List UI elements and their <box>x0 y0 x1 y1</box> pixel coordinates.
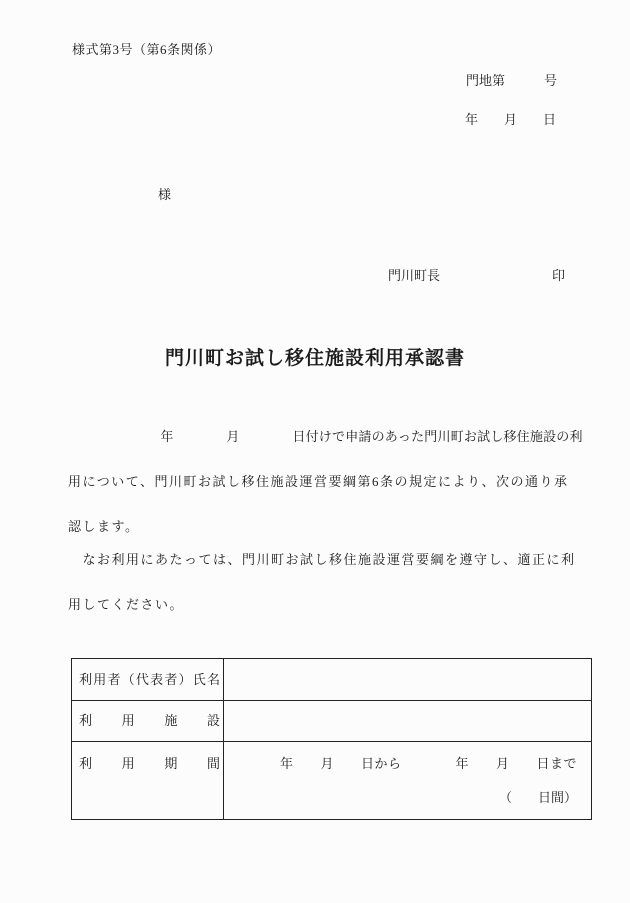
seal-placeholder: 印 <box>552 266 565 286</box>
document-title: 門川町お試し移住施設利用承認書 <box>0 344 630 374</box>
approval-document-page: 様式第3号（第6条関係） 門地第 号 年 月 日 様 門川町長 印 門川町お試し… <box>0 0 630 903</box>
use-period-label-cell: 利 用 期 間 <box>72 742 224 819</box>
table-row-applicant-name: 利用者（代表者）氏名 <box>72 659 591 700</box>
recipient-honorific: 様 <box>158 185 171 205</box>
period-dates-line: 年 月 日から 年 月 日まで <box>280 754 577 774</box>
issuer-name: 門川町長 <box>388 266 440 286</box>
body-paragraph-1: 年 月 日付けで申請のあった門川町お試し移住施設の利 用について、門川町お試し移… <box>68 414 578 549</box>
body-paragraph-2: なお利用にあたっては、門川町お試し移住施設運営要綱を遵守し、適正に利 用してくだ… <box>68 537 578 627</box>
table-row-facility: 利 用 施 設 <box>72 700 591 741</box>
use-period-value-cell: 年 月 日から 年 月 日まで （ 日間） <box>224 742 591 819</box>
issue-date-line: 年 月 日 <box>465 110 556 130</box>
applicant-name-label-cell: 利用者（代表者）氏名 <box>72 659 224 700</box>
applicant-name-value-cell <box>224 659 591 700</box>
approval-table: 利用者（代表者）氏名 利 用 施 設 利 用 期 間 年 月 日から 年 月 日… <box>71 658 592 820</box>
paragraph-line: なお利用にあたっては、門川町お試し移住施設運営要綱を遵守し、適正に利 <box>68 537 578 582</box>
form-number-label: 様式第3号（第6条関係） <box>72 40 221 60</box>
issuer-line: 門川町長 印 <box>388 266 565 286</box>
paragraph-line: 用について、門川町お試し移住施設運営要綱第6条の規定により、次の通り承 <box>68 459 578 504</box>
paragraph-line: 年 月 日付けで申請のあった門川町お試し移住施設の利 <box>68 414 578 459</box>
paragraph-line: 用してください。 <box>68 582 578 627</box>
document-number-line: 門地第 号 <box>466 71 557 91</box>
facility-label-cell: 利 用 施 設 <box>72 701 224 741</box>
row-label: 利 用 期 間 <box>79 754 220 774</box>
row-label: 利 用 施 設 <box>79 711 220 731</box>
facility-value-cell <box>224 701 591 741</box>
period-days-count: （ 日間） <box>280 788 577 808</box>
row-label: 利用者（代表者）氏名 <box>79 670 220 690</box>
table-row-use-period: 利 用 期 間 年 月 日から 年 月 日まで （ 日間） <box>72 741 591 819</box>
